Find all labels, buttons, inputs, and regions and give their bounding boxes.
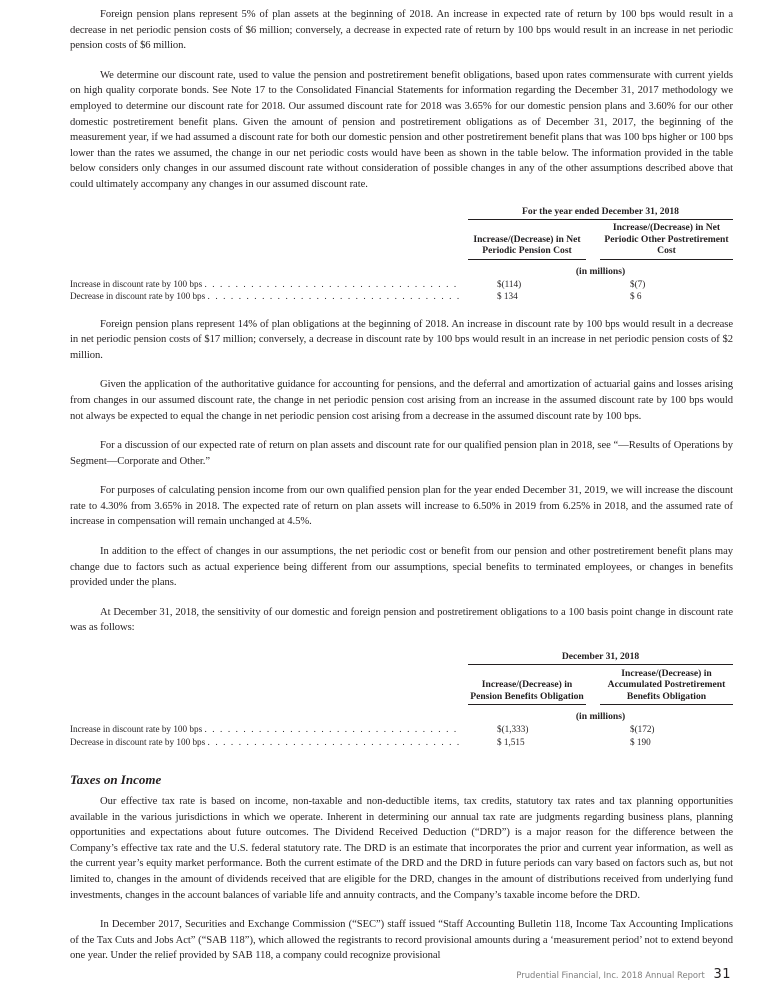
table-header: December 31, 2018 Increase/(Decrease) in…	[70, 650, 733, 710]
table-row: Increase in discount rate by 100 bps . .…	[70, 278, 733, 291]
obligation-sensitivity-table: December 31, 2018 Increase/(Decrease) in…	[70, 650, 733, 748]
column-header-postretirement-cost: Increase/(Decrease) in Net Periodic Othe…	[600, 222, 733, 257]
column-header-postretirement-obligation: Increase/(Decrease) in Accumulated Postr…	[600, 667, 733, 702]
table-units: (in millions)	[468, 266, 733, 278]
cell-pension-obligation: $(1,333)	[497, 723, 528, 736]
column-rule	[600, 259, 733, 260]
paragraph-obligation-sensitivity-intro: At December 31, 2018, the sensitivity of…	[70, 605, 733, 636]
paragraph-2019-assumptions: For purposes of calculating pension inco…	[70, 483, 733, 530]
net-periodic-cost-sensitivity-table: For the year ended December 31, 2018 Inc…	[70, 205, 733, 303]
row-label: Decrease in discount rate by 100 bps . .…	[70, 290, 460, 303]
table-period-title: December 31, 2018	[468, 650, 733, 663]
paragraph-foreign-pension-obligations: Foreign pension plans represent 14% of p…	[70, 317, 733, 364]
column-rule	[468, 704, 586, 705]
section-heading-taxes-on-income: Taxes on Income	[70, 772, 733, 788]
row-label: Increase in discount rate by 100 bps . .…	[70, 278, 460, 291]
header-rule	[468, 664, 733, 665]
table-row: Decrease in discount rate by 100 bps . .…	[70, 736, 733, 749]
cell-pension-cost: $(114)	[497, 278, 521, 291]
header-rule	[468, 219, 733, 220]
leader-dots: . . . . . . . . . . . . . . . . . . . . …	[204, 279, 460, 289]
column-header-pension-cost: Increase/(Decrease) in Net Periodic Pens…	[468, 222, 586, 257]
table-header: For the year ended December 31, 2018 Inc…	[70, 205, 733, 265]
column-rule	[600, 704, 733, 705]
page-number: 31	[713, 967, 731, 982]
leader-dots: . . . . . . . . . . . . . . . . . . . . …	[204, 724, 460, 734]
footer-report-title: Prudential Financial, Inc. 2018 Annual R…	[516, 970, 704, 980]
paragraph-discount-rate: We determine our discount rate, used to …	[70, 68, 733, 193]
paragraph-other-factors: In addition to the effect of changes in …	[70, 544, 733, 591]
cell-postretirement-cost: $ 6	[630, 290, 641, 303]
paragraph-effective-tax-rate: Our effective tax rate is based on incom…	[70, 794, 733, 903]
cell-postretirement-obligation: $ 190	[630, 736, 651, 749]
paragraph-authoritative-guidance: Given the application of the authoritati…	[70, 377, 733, 424]
row-label: Increase in discount rate by 100 bps . .…	[70, 723, 460, 736]
table-units: (in millions)	[468, 711, 733, 723]
paragraph-sab-118: In December 2017, Securities and Exchang…	[70, 917, 733, 964]
paragraph-foreign-pension-assets: Foreign pension plans represent 5% of pl…	[70, 7, 733, 54]
cell-postretirement-obligation: $(172)	[630, 723, 655, 736]
row-label: Decrease in discount rate by 100 bps . .…	[70, 736, 460, 749]
cell-postretirement-cost: $(7)	[630, 278, 645, 291]
column-header-pension-obligation: Increase/(Decrease) in Pension Benefits …	[468, 667, 586, 702]
table-row: Decrease in discount rate by 100 bps . .…	[70, 290, 733, 303]
page-footer: Prudential Financial, Inc. 2018 Annual R…	[516, 968, 731, 982]
paragraph-expected-return-reference: For a discussion of our expected rate of…	[70, 438, 733, 469]
document-page: Foreign pension plans represent 5% of pl…	[70, 0, 733, 964]
table-period-title: For the year ended December 31, 2018	[468, 205, 733, 218]
table-row: Increase in discount rate by 100 bps . .…	[70, 723, 733, 736]
cell-pension-obligation: $ 1,515	[497, 736, 525, 749]
leader-dots: . . . . . . . . . . . . . . . . . . . . …	[208, 291, 460, 301]
column-rule	[468, 259, 586, 260]
leader-dots: . . . . . . . . . . . . . . . . . . . . …	[208, 737, 460, 747]
cell-pension-cost: $ 134	[497, 290, 518, 303]
